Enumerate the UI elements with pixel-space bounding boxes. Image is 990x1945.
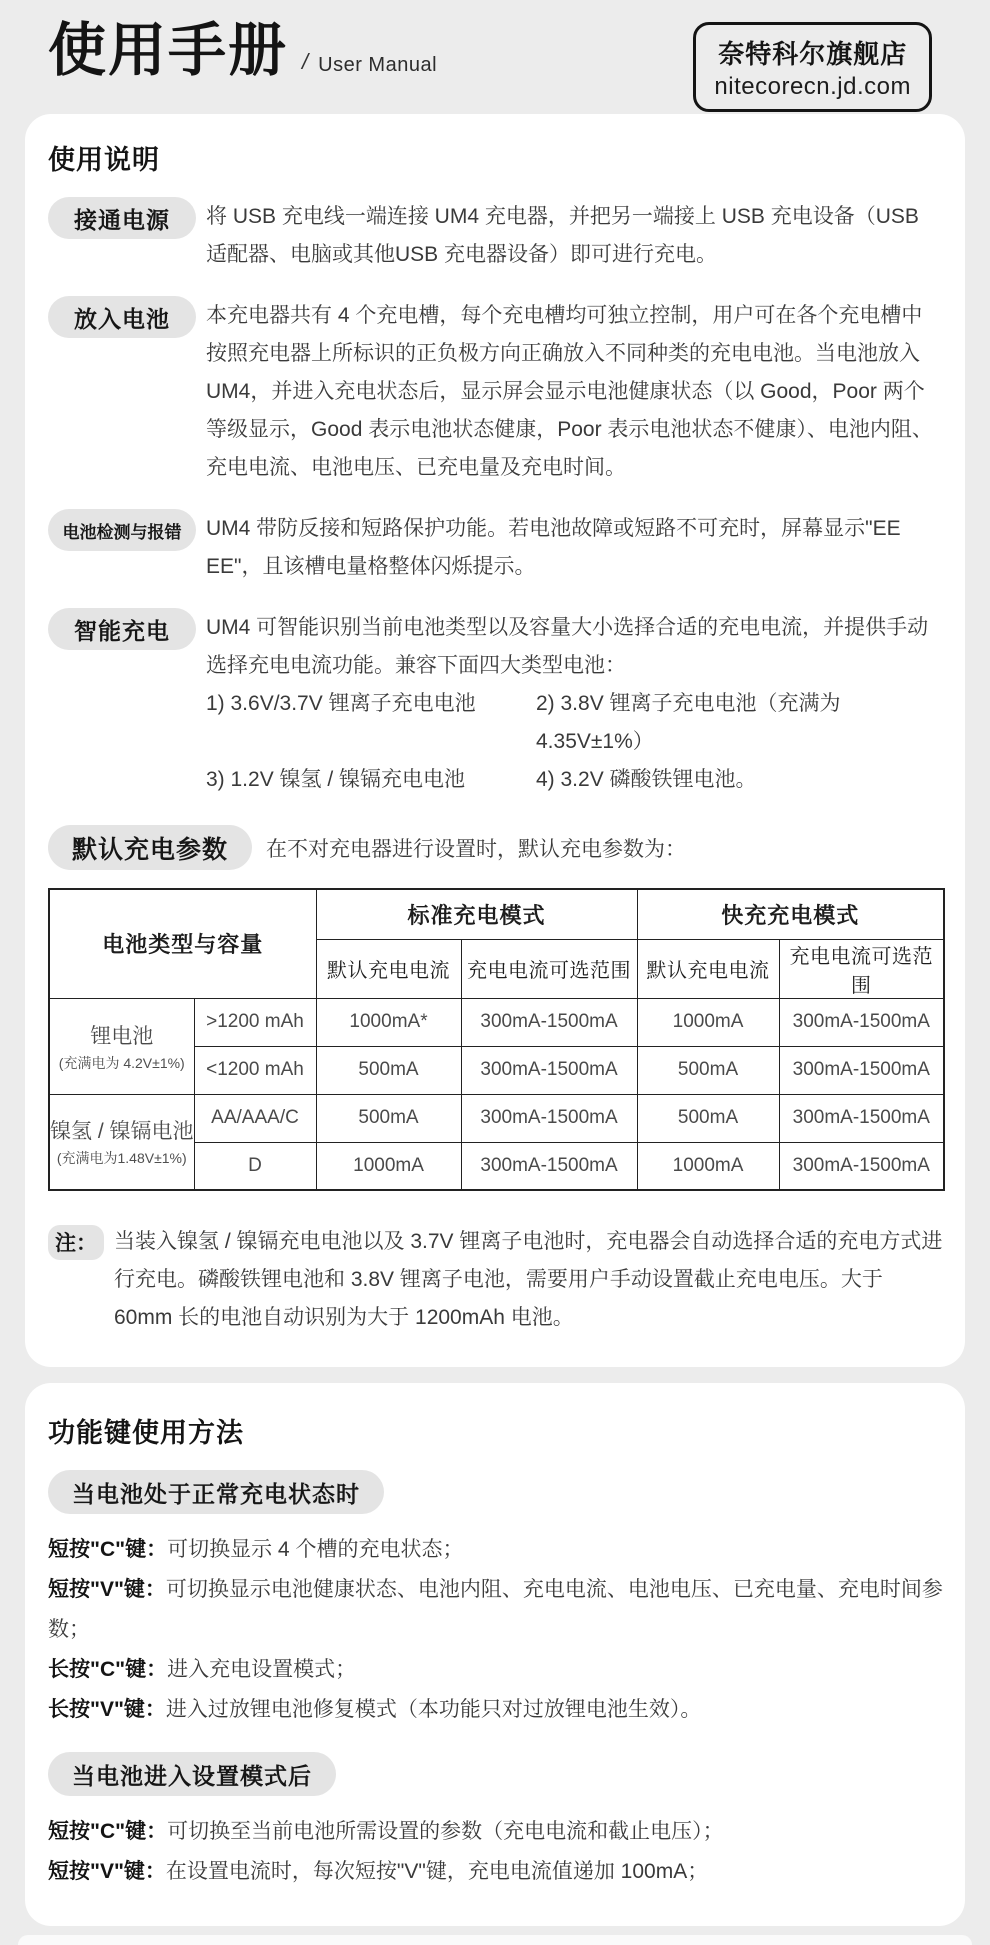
key-instruction: 短按"V"键：在设置电流时，每次短按"V"键，充电电流值递加 100mA； — [48, 1852, 943, 1892]
default-params-text: 在不对充电器进行设置时，默认充电参数为： — [266, 833, 686, 863]
normal-charging-state-pill: 当电池处于正常充电状态时 — [48, 1470, 384, 1514]
insert-battery-pill: 放入电池 — [48, 296, 196, 338]
cell-quick-default: 500mA — [637, 1046, 779, 1094]
default-params-row: 默认充电参数 在不对充电器进行设置时，默认充电参数为： — [48, 825, 943, 870]
cell-quick-range: 300mA-1500mA — [779, 1094, 944, 1142]
header-standard-mode: 标准充电模式 — [316, 889, 637, 939]
smart-charge-intro: UM4 可智能识别当前电池类型以及容量大小选择合适的充电电流，并提供手动选择充电… — [206, 616, 928, 677]
key-name: 短按"C"键： — [48, 1538, 167, 1561]
key-name: 短按"V"键： — [48, 1860, 166, 1883]
cell-capacity: D — [194, 1142, 316, 1190]
note-text: 当装入镍氢 / 镍镉充电电池以及 3.7V 锂离子电池时，充电器会自动选择合适的… — [114, 1223, 943, 1337]
cell-quick-range: 300mA-1500mA — [779, 998, 944, 1046]
key-desc: 可切换至当前电池所需设置的参数（充电电流和截止电压）； — [167, 1820, 724, 1843]
insert-battery-text: 本充电器共有 4 个充电槽，每个充电槽均可独立控制，用户可在各个充电槽中按照充电… — [206, 296, 943, 487]
section-battery-detect: 电池检测与报错 UM4 带防反接和短路保护功能。若电池故障或短路不可充时，屏幕显… — [48, 509, 943, 586]
battery-detect-text: UM4 带防反接和短路保护功能。若电池故障或短路不可充时，屏幕显示"EE EE"… — [206, 509, 943, 586]
header-std-default: 默认充电电流 — [316, 939, 461, 998]
store-url: nitecorecn.jd.com — [714, 73, 911, 101]
cell-std-range: 300mA-1500mA — [461, 1046, 637, 1094]
cell-nimh-type: 镍氢 / 镍镉电池 (充满电为1.48V±1%) — [49, 1094, 194, 1190]
key-instruction: 长按"V"键：进入过放锂电池修复模式（本功能只对过放锂电池生效）。 — [48, 1690, 943, 1730]
header-std-range: 充电电流可选范围 — [461, 939, 637, 998]
cell-quick-range: 300mA-1500mA — [779, 1046, 944, 1094]
cell-capacity: >1200 mAh — [194, 998, 316, 1046]
key-name: 长按"V"键： — [48, 1698, 166, 1721]
page-subtitle: User Manual — [318, 54, 437, 77]
key-instruction: 短按"C"键：可切换至当前电池所需设置的参数（充电电流和截止电压）； — [48, 1812, 943, 1852]
cell-std-default: 1000mA — [316, 1142, 461, 1190]
cell-capacity: <1200 mAh — [194, 1046, 316, 1094]
battery-detect-pill: 电池检测与报错 — [48, 509, 196, 551]
table-row: 锂电池 (充满电为 4.2V±1%) >1200 mAh 1000mA* 300… — [49, 998, 944, 1046]
key-instruction: 长按"C"键：进入充电设置模式； — [48, 1650, 943, 1690]
liion-type-note: (充满电为 4.2V±1%) — [50, 1053, 194, 1073]
section-power-connect: 接通电源 将 USB 充电线一端连接 UM4 充电器，并把另一端接上 USB 充… — [48, 197, 943, 274]
battery-type-3: 3) 1.2V 镍氢 / 镍镉充电电池 — [206, 761, 536, 799]
manual-title-group: 使用手册 / User Manual — [48, 18, 437, 85]
key-instruction: 短按"C"键：可切换显示 4 个槽的充电状态； — [48, 1530, 943, 1570]
cell-liion-type: 锂电池 (充满电为 4.2V±1%) — [49, 998, 194, 1094]
cell-std-default: 1000mA* — [316, 998, 461, 1046]
key-name: 长按"C"键： — [48, 1658, 167, 1681]
battery-type-list: 1) 3.6V/3.7V 锂离子充电电池 2) 3.8V 锂离子充电电池（充满为… — [206, 685, 943, 799]
nimh-type-name: 镍氢 / 镍镉电池 — [50, 1115, 194, 1145]
battery-type-4: 4) 3.2V 磷酸铁锂电池。 — [536, 761, 943, 799]
cell-std-default: 500mA — [316, 1094, 461, 1142]
liion-type-name: 锂电池 — [50, 1020, 194, 1050]
cell-std-default: 500mA — [316, 1046, 461, 1094]
key-desc: 进入过放锂电池修复模式（本功能只对过放锂电池生效）。 — [166, 1698, 702, 1721]
store-name: 奈特科尔旗舰店 — [714, 34, 911, 71]
battery-type-1: 1) 3.6V/3.7V 锂离子充电电池 — [206, 685, 536, 761]
default-params-pill: 默认充电参数 — [48, 825, 252, 870]
page-header: 使用手册 / User Manual 奈特科尔旗舰店 nitecorecn.jd… — [0, 0, 990, 100]
cell-std-range: 300mA-1500mA — [461, 1142, 637, 1190]
key-instruction: 短按"V"键：可切换显示电池健康状态、电池内阻、充电电流、电池电压、已充电量、充… — [48, 1570, 943, 1650]
smart-charge-pill: 智能充电 — [48, 608, 196, 650]
key-name: 短按"C"键： — [48, 1820, 167, 1843]
note-row: 注： 当装入镍氢 / 镍镉充电电池以及 3.7V 锂离子电池时，充电器会自动选择… — [48, 1223, 943, 1337]
usage-heading: 使用说明 — [48, 138, 943, 177]
section-smart-charge: 智能充电 UM4 可智能识别当前电池类型以及容量大小选择合适的充电电流，并提供手… — [48, 608, 943, 799]
cell-quick-default: 500mA — [637, 1094, 779, 1142]
function-keys-card: 功能键使用方法 当电池处于正常充电状态时 短按"C"键：可切换显示 4 个槽的充… — [25, 1383, 965, 1926]
key-name: 短按"V"键： — [48, 1578, 166, 1601]
setting-mode-pill: 当电池进入设置模式后 — [48, 1752, 336, 1796]
section-insert-battery: 放入电池 本充电器共有 4 个充电槽，每个充电槽均可独立控制，用户可在各个充电槽… — [48, 296, 943, 487]
table-row: 镍氢 / 镍镉电池 (充满电为1.48V±1%) AA/AAA/C 500mA … — [49, 1094, 944, 1142]
page-title: 使用手册 — [48, 18, 288, 85]
smart-charge-text: UM4 可智能识别当前电池类型以及容量大小选择合适的充电电流，并提供手动选择充电… — [206, 608, 943, 799]
next-card-edge — [18, 1935, 972, 1945]
key-desc: 可切换显示 4 个槽的充电状态； — [167, 1538, 463, 1561]
cell-quick-default: 1000mA — [637, 1142, 779, 1190]
charging-params-table: 电池类型与容量 标准充电模式 快充充电模式 默认充电电流 充电电流可选范围 默认… — [48, 888, 945, 1191]
usage-instructions-card: 使用说明 接通电源 将 USB 充电线一端连接 UM4 充电器，并把另一端接上 … — [25, 114, 965, 1367]
key-desc: 可切换显示电池健康状态、电池内阻、充电电流、电池电压、已充电量、充电时间参数； — [48, 1578, 943, 1641]
header-battery-type: 电池类型与容量 — [49, 889, 316, 998]
table-header-row-groups: 电池类型与容量 标准充电模式 快充充电模式 — [49, 889, 944, 939]
power-connect-text: 将 USB 充电线一端连接 UM4 充电器，并把另一端接上 USB 充电设备（U… — [206, 197, 943, 274]
key-desc: 进入充电设置模式； — [167, 1658, 356, 1681]
header-quick-default: 默认充电电流 — [637, 939, 779, 998]
cell-std-range: 300mA-1500mA — [461, 1094, 637, 1142]
store-badge: 奈特科尔旗舰店 nitecorecn.jd.com — [693, 22, 932, 112]
header-quick-range: 充电电流可选范围 — [779, 939, 944, 998]
title-separator: / — [302, 49, 308, 75]
key-desc: 在设置电流时，每次短按"V"键，充电电流值递加 100mA； — [166, 1860, 708, 1883]
power-connect-pill: 接通电源 — [48, 197, 196, 239]
battery-type-2: 2) 3.8V 锂离子充电电池（充满为 4.35V±1%） — [536, 685, 943, 761]
cell-capacity: AA/AAA/C — [194, 1094, 316, 1142]
nimh-type-note: (充满电为1.48V±1%) — [50, 1148, 194, 1168]
function-keys-heading: 功能键使用方法 — [48, 1411, 943, 1450]
cell-std-range: 300mA-1500mA — [461, 998, 637, 1046]
note-label: 注： — [48, 1225, 104, 1260]
cell-quick-range: 300mA-1500mA — [779, 1142, 944, 1190]
header-quick-mode: 快充充电模式 — [637, 889, 944, 939]
cell-quick-default: 1000mA — [637, 998, 779, 1046]
